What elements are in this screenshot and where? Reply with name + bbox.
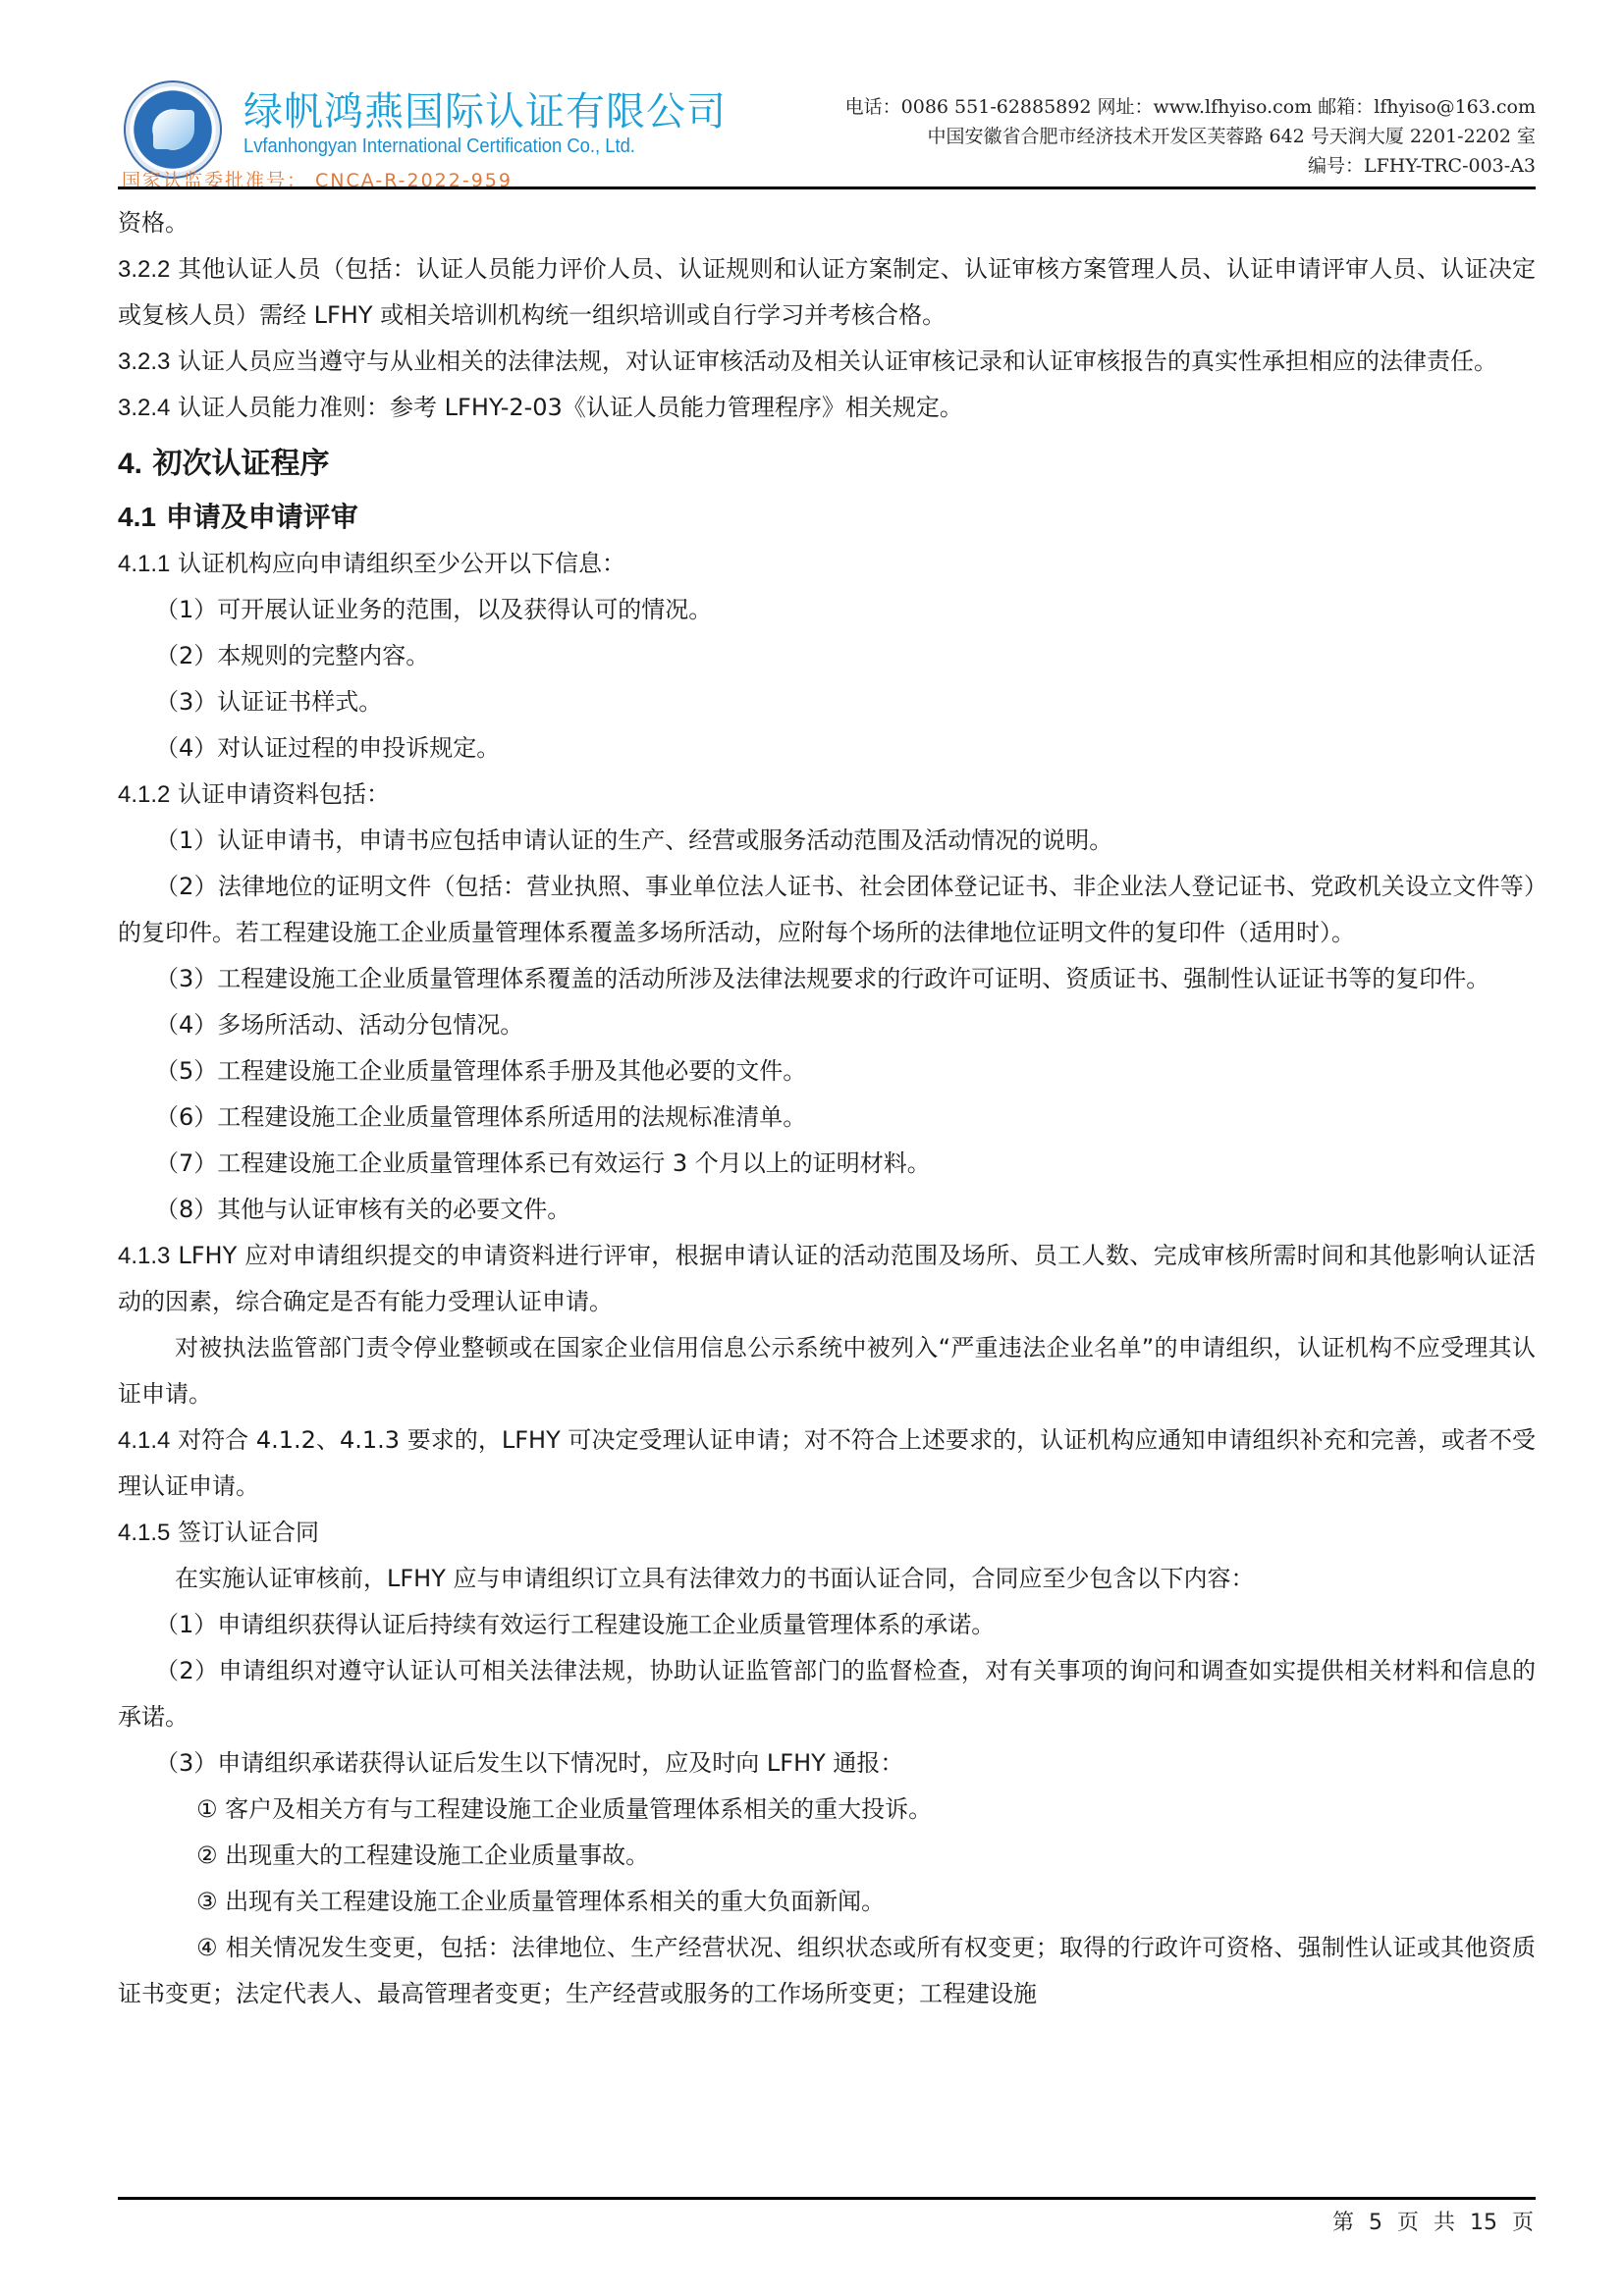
list-item: （4）多场所活动、活动分包情况。 [118, 1002, 1536, 1048]
page-number: 第 5 页 共 15 页 [1332, 2206, 1534, 2236]
document-number: 编号：LFHY-TRC-003-A3 [845, 151, 1536, 181]
clause-number: 4.1.2 [118, 781, 170, 808]
item-text: 可开展认证业务的范围，以及获得认可的情况。 [217, 596, 712, 623]
item-text: 多场所活动、活动分包情况。 [217, 1011, 523, 1039]
clause-text: 认证人员能力准则：参考 LFHY-2-03《认证人员能力管理程序》相关规定。 [178, 394, 963, 421]
clause-4-1-2: 4.1.2 认证申请资料包括： [118, 772, 1536, 818]
sub-list-item: ④ 相关情况发生变更，包括：法律地位、生产经营状况、组织状态或所有权变更；取得的… [118, 1925, 1536, 2017]
list-item: （1）认证申请书，申请书应包括申请认证的生产、经营或服务活动范围及活动情况的说明… [118, 818, 1536, 864]
item-text: 本规则的完整内容。 [217, 642, 429, 669]
item-label: （7） [155, 1149, 217, 1177]
clause-text: 认证申请资料包括： [178, 780, 390, 808]
sail-emblem-icon [153, 110, 194, 149]
item-label: （4） [155, 1011, 217, 1039]
clause-number: 4.1.5 [118, 1520, 170, 1546]
item-label: （3） [155, 1749, 217, 1777]
item-text: 申请组织获得认证后持续有效运行工程建设施工企业质量管理体系的承诺。 [217, 1611, 995, 1638]
clause-3-2-4: 3.2.4 认证人员能力准则：参考 LFHY-2-03《认证人员能力管理程序》相… [118, 385, 1536, 431]
list-item: （3）认证证书样式。 [118, 679, 1536, 725]
item-label: ② [196, 1842, 218, 1869]
clause-4-1-3-paragraph: 对被执法监管部门责令停业整顿或在国家企业信用信息公示系统中被列入“严重违法企业名… [118, 1325, 1536, 1417]
company-seal-logo-icon [124, 80, 222, 179]
header-divider [118, 187, 1536, 189]
item-text: 对认证过程的申投诉规定。 [217, 734, 500, 762]
item-label: （6） [155, 1103, 217, 1131]
item-text: 工程建设施工企业质量管理体系覆盖的活动所涉及法律法规要求的行政许可证明、资质证书… [217, 965, 1489, 992]
item-label: （1） [155, 596, 217, 623]
contact-block: 电话：0086 551-62885892 网址：www.lfhyiso.com … [845, 92, 1536, 181]
item-label: （8） [155, 1196, 217, 1223]
item-label: ③ [196, 1888, 218, 1915]
clause-text: 对符合 4.1.2、4.1.3 要求的，LFHY 可决定受理认证申请；对不符合上… [118, 1426, 1536, 1500]
document-page: 绿帆鸿燕国际认证有限公司 Lvfanhongyan International … [0, 0, 1624, 2296]
item-text: 出现有关工程建设施工企业质量管理体系相关的重大负面新闻。 [225, 1888, 885, 1915]
clause-4-1-5-intro: 在实施认证审核前，LFHY 应与申请组织订立具有法律效力的书面认证合同，合同应至… [118, 1556, 1536, 1602]
section-title: 申请及申请评审 [166, 501, 358, 533]
clause-3-2-2: 3.2.2 其他认证人员（包括：认证人员能力评价人员、认证规则和认证方案制定、认… [118, 246, 1536, 339]
list-item: （1）申请组织获得认证后持续有效运行工程建设施工企业质量管理体系的承诺。 [118, 1602, 1536, 1648]
contact-line: 电话：0086 551-62885892 网址：www.lfhyiso.com … [845, 92, 1536, 122]
section-title: 初次认证程序 [152, 447, 329, 481]
company-name-en: Lvfanhongyan International Certification… [244, 135, 635, 158]
clause-3-2-3: 3.2.3 认证人员应当遵守与从业相关的法律法规，对认证审核活动及相关认证审核记… [118, 339, 1536, 385]
item-text: 工程建设施工企业质量管理体系已有效运行 3 个月以上的证明材料。 [217, 1149, 931, 1177]
clause-text: 认证机构应向申请组织至少公开以下信息： [178, 550, 625, 577]
item-label: （1） [155, 827, 217, 854]
item-label: （4） [155, 734, 217, 762]
item-label: ① [196, 1795, 218, 1823]
document-body: 资格。 3.2.2 其他认证人员（包括：认证人员能力评价人员、认证规则和认证方案… [118, 200, 1536, 2017]
item-label: （1） [155, 1611, 217, 1638]
clause-number: 3.2.2 [118, 256, 170, 283]
list-item: （1）可开展认证业务的范围，以及获得认可的情况。 [118, 587, 1536, 633]
clause-4-1-1: 4.1.1 认证机构应向申请组织至少公开以下信息： [118, 541, 1536, 587]
address-line: 中国安徽省合肥市经济技术开发区芙蓉路 642 号天润大厦 2201-2202 室 [845, 122, 1536, 151]
list-item: （3）申请组织承诺获得认证后发生以下情况时，应及时向 LFHY 通报： [118, 1740, 1536, 1787]
list-item: （2）法律地位的证明文件（包括：营业执照、事业单位法人证书、社会团体登记证书、非… [118, 864, 1536, 956]
item-text: 申请组织对遵守认证认可相关法律法规，协助认证监管部门的监督检查，对有关事项的询问… [118, 1657, 1536, 1731]
item-label: （3） [155, 965, 217, 992]
section-heading-4: 4. 初次认证程序 [118, 443, 1536, 486]
clause-number: 4.1.1 [118, 551, 170, 577]
item-text: 相关情况发生变更，包括：法律地位、生产经营状况、组织状态或所有权变更；取得的行政… [118, 1934, 1536, 2007]
item-text: 工程建设施工企业质量管理体系所适用的法规标准清单。 [217, 1103, 806, 1131]
item-label: ④ [196, 1934, 218, 1961]
clause-text: 认证人员应当遵守与从业相关的法律法规，对认证审核活动及相关认证审核记录和认证审核… [178, 347, 1497, 375]
footer-divider [118, 2197, 1536, 2200]
sub-list-item: ② 出现重大的工程建设施工企业质量事故。 [118, 1833, 1536, 1879]
clause-number: 4.1.3 [118, 1243, 170, 1269]
item-label: （5） [155, 1057, 217, 1085]
page-header: 绿帆鸿燕国际认证有限公司 Lvfanhongyan International … [118, 71, 1536, 187]
sub-list-item: ① 客户及相关方有与工程建设施工企业质量管理体系相关的重大投诉。 [118, 1787, 1536, 1833]
item-label: （3） [155, 688, 217, 716]
section-number: 4.1 [118, 502, 156, 532]
item-text: 认证申请书，申请书应包括申请认证的生产、经营或服务活动范围及活动情况的说明。 [217, 827, 1112, 854]
clause-number: 3.2.3 [118, 348, 170, 375]
list-item: （4）对认证过程的申投诉规定。 [118, 725, 1536, 772]
section-number: 4. [118, 448, 142, 480]
item-text: 认证证书样式。 [217, 688, 382, 716]
item-text: 出现重大的工程建设施工企业质量事故。 [225, 1842, 649, 1869]
item-label: （2） [155, 873, 218, 900]
item-text: 工程建设施工企业质量管理体系手册及其他必要的文件。 [217, 1057, 806, 1085]
company-name-cn: 绿帆鸿燕国际认证有限公司 [244, 80, 727, 136]
clause-4-1-4: 4.1.4 对符合 4.1.2、4.1.3 要求的，LFHY 可决定受理认证申请… [118, 1417, 1536, 1510]
clause-text: 其他认证人员（包括：认证人员能力评价人员、认证规则和认证方案制定、认证审核方案管… [118, 255, 1536, 329]
item-text: 客户及相关方有与工程建设施工企业质量管理体系相关的重大投诉。 [225, 1795, 932, 1823]
clause-text: LFHY 应对申请组织提交的申请资料进行评审，根据申请认证的活动范围及场所、员工… [118, 1242, 1536, 1315]
list-item: （6）工程建设施工企业质量管理体系所适用的法规标准清单。 [118, 1095, 1536, 1141]
item-label: （2） [155, 642, 217, 669]
clause-title: 签订认证合同 [178, 1519, 319, 1546]
item-text: 其他与认证审核有关的必要文件。 [217, 1196, 570, 1223]
list-item: （3）工程建设施工企业质量管理体系覆盖的活动所涉及法律法规要求的行政许可证明、资… [118, 956, 1536, 1002]
item-text: 申请组织承诺获得认证后发生以下情况时，应及时向 LFHY 通报： [217, 1749, 903, 1777]
clause-4-1-5: 4.1.5 签订认证合同 [118, 1510, 1536, 1556]
section-heading-4-1: 4.1 申请及申请评审 [118, 496, 1536, 539]
list-item: （5）工程建设施工企业质量管理体系手册及其他必要的文件。 [118, 1048, 1536, 1095]
clause-4-1-3: 4.1.3 LFHY 应对申请组织提交的申请资料进行评审，根据申请认证的活动范围… [118, 1233, 1536, 1325]
clause-number: 3.2.4 [118, 395, 170, 421]
item-text: 法律地位的证明文件（包括：营业执照、事业单位法人证书、社会团体登记证书、非企业法… [118, 873, 1536, 946]
list-item: （2）本规则的完整内容。 [118, 633, 1536, 679]
continuation-text: 资格。 [118, 200, 1536, 246]
list-item: （2）申请组织对遵守认证认可相关法律法规，协助认证监管部门的监督检查，对有关事项… [118, 1648, 1536, 1740]
item-label: （2） [155, 1657, 218, 1684]
list-item: （8）其他与认证审核有关的必要文件。 [118, 1187, 1536, 1233]
list-item: （7）工程建设施工企业质量管理体系已有效运行 3 个月以上的证明材料。 [118, 1141, 1536, 1187]
sub-list-item: ③ 出现有关工程建设施工企业质量管理体系相关的重大负面新闻。 [118, 1879, 1536, 1925]
clause-number: 4.1.4 [118, 1427, 170, 1454]
